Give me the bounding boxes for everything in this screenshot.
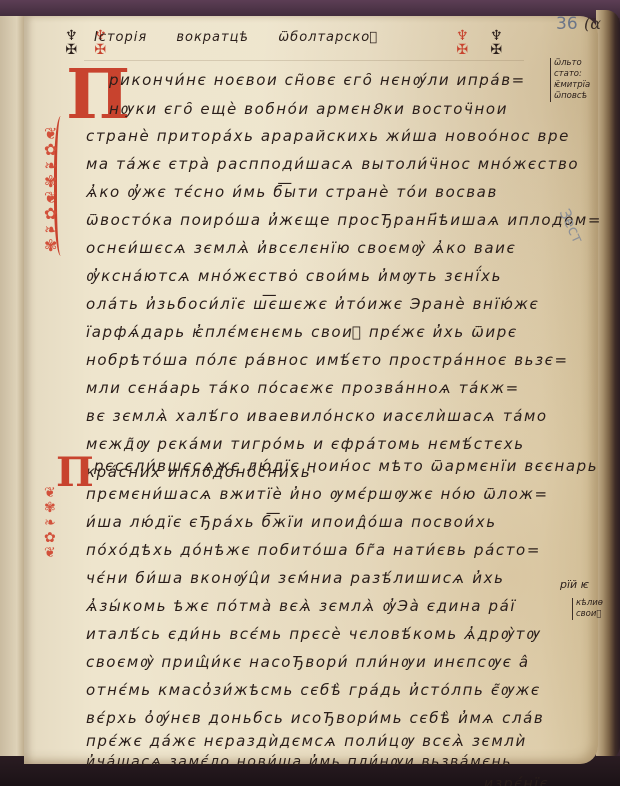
margin-note-line: стато:	[554, 69, 590, 80]
page-heading: Історія вократцѣ ѿболтарскоⷨ	[94, 30, 378, 45]
text-line: оснєи́шєсѧ зємлѧ̀ и̓всєлєнїю своємѹ̀ ѧ̓к…	[86, 239, 516, 257]
cross-ornament-icon: ♆✠	[490, 29, 503, 57]
text-line: и́ша лю́дїє єЂра́хь б͞жїи ипоид̂о́ша пос…	[86, 513, 497, 531]
text-line: ѿвосто́ка поиро́ша и̓жєще просЂранн҃ѣиша…	[86, 211, 602, 229]
text-line: изрє́нїє	[484, 776, 549, 786]
margin-note-line: кѣлиѳ	[576, 598, 603, 609]
text-line: странѐ притора́хь арарайскихь жи́ша ново…	[86, 127, 570, 145]
text-line: вє зємлѧ̀ халѣ́го иваевило́нско иасєлѝша…	[86, 407, 548, 425]
folio-number: 36	[556, 14, 578, 34]
text-line: отнє́мь кмасо̓зи́жѣсмь сєбѣ̀ гра́дь и̓ст…	[86, 681, 541, 699]
text-line: ѹ̓ксна́ютсѧ мно́жєство̇ свои́мь и̓мѹть з…	[86, 267, 502, 285]
text-line: прємєни́шасѧ вжитїѐ и̓но ѹмє́ршѹжє но́ю …	[86, 485, 549, 503]
margin-note-line: ѿльто	[554, 58, 590, 69]
ruling-line	[84, 60, 524, 61]
text-line: ѧ̓зы́комь ѣжє по́тмà вєѧ̀ зємлѧ̀ ѹ̓Эа̀ є…	[86, 597, 516, 615]
text-line: нобрѣто́ша по́лє ра́внос имѣ́єто простра…	[86, 351, 569, 369]
text-line: ѧ̓ко ѹ̓жє тє́сно и́мь б͞ыти странѐ то́и …	[86, 183, 498, 201]
text-line: чє́ни би́ша вконѹ́ц̂и зєм́ниа разѣ́лишис…	[86, 569, 505, 587]
text-line: прє́жє да́жє нєраздѝдємсѧ поли́цѹ всєѧ̀ …	[86, 732, 527, 750]
text-line: їарфѧ́дарь ѥ̓плє́мєнємь своиⷨ прє́жє и̓х…	[86, 323, 518, 341]
text-line: рикончи́нє ноєвои сн̃овє єго̑ нєнѹ́ли ип…	[109, 71, 526, 89]
text-line: ма та́жє єтра̀ распподи́шасѧ вытоли́ӵнос…	[86, 155, 579, 173]
folio-letter: (α	[584, 14, 601, 33]
page-fore-edge	[596, 10, 620, 760]
margin-note-top: ѿльто стато: ѥ̈митрїа ѿповсѣ	[550, 58, 590, 102]
text-line: мєжд̃ѹ рєка́ми тигро́мь и єфра́томь нємѣ…	[86, 435, 525, 453]
text-line: рєсєли́вшєсѧжє лю́дїє ноин́ос мѣто ѿармє…	[94, 457, 598, 475]
text-line: ола́ть и̓зьбоси́лїє ш͞єшєжє и̓то́ижє Эра…	[86, 295, 539, 313]
text-line: и̓ча́шасѧ замє́ло нови́ша и̓мь пли́нѹи в…	[86, 754, 512, 770]
margin-note-insertion: рїй ѥ	[560, 578, 589, 591]
text-line: своємѹ̀ прищ̂и́кє насоЂвори́ пли́нѹи инє…	[86, 653, 530, 671]
flourish-icon: ❦✾❧✿❦	[44, 486, 56, 561]
flourish-icon: ❦✿❧✾❦✿❧✾	[44, 126, 57, 254]
manuscript-page: ♆✠ ♆✠ ♆✠ ♆✠ Історія вократцѣ ѿболтарскоⷨ…	[24, 16, 598, 764]
text-line: по́хо́дѣхь до́нѣжє побито́ша бг̃а нати́є…	[86, 541, 541, 559]
text-line: вє́рхь о̓ѹ́нєв доньбсь исоЂвори́мь сєбѣ̀…	[86, 709, 544, 727]
cross-ornament-icon: ♆✠	[65, 29, 78, 57]
text-line: италѣ́сь єди́нь всє́мь прєсѐ чєловѣ́комь…	[86, 625, 541, 643]
margin-note-line: ѿповсѣ	[554, 91, 590, 102]
text-line: нѹки єго̑ ещѐ вобно́и армєн𐐂ки востоӵнои	[109, 99, 508, 119]
margin-note-line: своиⷨ	[576, 609, 603, 620]
cross-ornament-icon: ♆✠	[456, 29, 469, 57]
facing-page-edge	[0, 16, 25, 761]
margin-note-line: ѥ̈митрїа	[554, 80, 590, 91]
margin-note-lower: кѣлиѳ своиⷨ	[572, 598, 603, 620]
text-line: мли сєна́арь та́ко по́саєжє прозва́нноѧ …	[86, 379, 520, 397]
